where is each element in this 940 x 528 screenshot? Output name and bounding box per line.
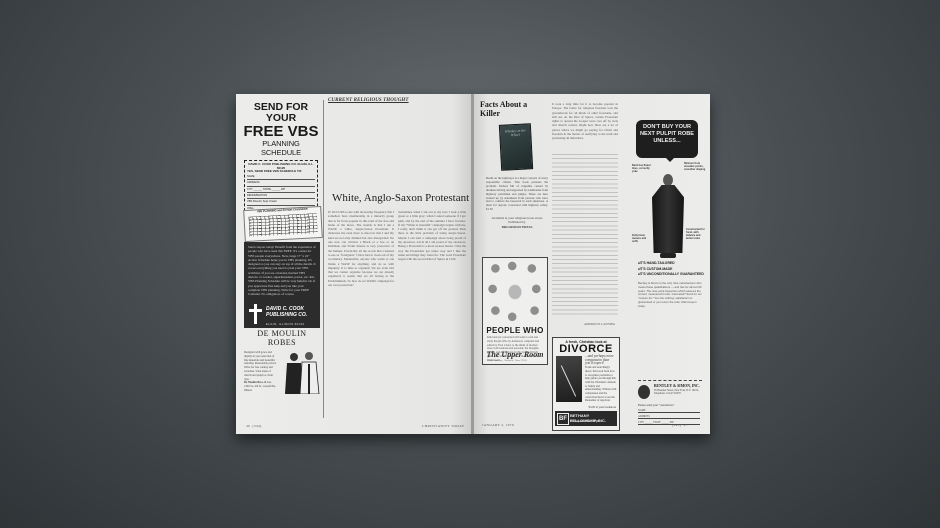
calendar-grid [249, 213, 318, 237]
faces-illustration [487, 261, 543, 323]
left-page: SEND FOR YOUR FREE VBS PLANNING SCHEDULE… [236, 94, 471, 434]
coupon-field: VBS Director Supt. Pastor [247, 200, 315, 205]
moulin-title-2: ROBES [244, 339, 320, 348]
robe-callout: Constructed for fresh, with balance and … [686, 228, 706, 240]
book-title: Whiskey at the Wheel [500, 124, 531, 138]
right-page: Facts About a Killer Whiskey at the Whee… [474, 94, 710, 434]
facts-title: Facts About a Killer [480, 100, 542, 118]
bethany-city: Minneapolis, Minn. 55431 [570, 420, 600, 423]
moulin-ad: DE MOULIN ROBES Designed with grace and … [244, 330, 320, 418]
robed-man-illustration [650, 174, 686, 258]
order-field: CITY ______ STATE ______ ZIP [638, 421, 700, 425]
coupon-prompt: YES, SEND FREE VBS SCHEDULE TO: [247, 170, 315, 174]
cook-ad-body: Send coupon today! Benefit from the expe… [244, 242, 320, 300]
cross-icon [249, 304, 262, 324]
robe-callout: Slimmer from shoulder points, smoother d… [684, 162, 706, 171]
footer-date: JANUARY 2, 1970 [482, 423, 514, 427]
cook-city: ELGIN, ILLINOIS 60120 [266, 322, 304, 326]
robe-firm: BENTLEY & SIMON, INC. [654, 384, 700, 388]
moulin-firm: De Moulin Bros. & Co. [244, 381, 271, 384]
order-field: ADDRESS [638, 415, 700, 419]
bethany-footer: BF BETHANY FELLOWSHIP, INC. Minneapolis,… [555, 411, 617, 426]
robe-request: Please send your "custom kit." [638, 403, 675, 407]
vbs-headline-3: PLANNING SCHEDULE [242, 139, 320, 157]
column-rule [323, 100, 324, 418]
robe-order-coupon: BENTLEY & SIMON, INC. 65 Bleecker Street… [638, 380, 702, 384]
coupon-field: DENOMINATION [247, 194, 315, 199]
robed-figures-illustration [282, 350, 320, 394]
upper-room-address: 1908 Grand Ave., Nashville, Tenn. 37203 [487, 359, 527, 362]
robe-address: 65 Bleecker Street, New York, N.Y. 10012… [654, 389, 700, 396]
divorce-price: $3.95 at your bookstore [556, 405, 616, 409]
coupon-field: ADDRESS [247, 181, 315, 186]
page-number-left: 46 [344] [246, 424, 262, 428]
coupon-field: NAME [247, 175, 315, 180]
robe-bullets: IT'S HAND-TAILORED IT'S CUSTOM-MADE IT'S… [638, 261, 704, 278]
people-title: PEOPLE WHO [483, 326, 547, 335]
cook-publisher: DAVID C. COOK PUBLISHING CO. [266, 306, 320, 318]
facts-price: $1.50 [486, 207, 493, 211]
article-author: AMMON H. LANSING [584, 322, 615, 326]
robe-callout: Fully lined, sleeves and cuffs [632, 234, 650, 243]
facts-desc: Death on the highways is a major concern… [486, 177, 548, 212]
moulin-desc: Designed with grace and dignity in your … [244, 351, 278, 393]
pulpit-robe-ad: DON'T BUY YOUR NEXT PULPIT ROBE UNLESS..… [630, 106, 708, 431]
facts-publisher: BROADMAN PRESS [486, 225, 548, 229]
vbs-headline-2: FREE VBS [242, 124, 320, 139]
people-who-ad: PEOPLE WHO Kind and yet concerned will w… [482, 257, 548, 365]
divorce-ad: A fresh, Christian look at DIVORCE ...an… [552, 337, 620, 431]
upper-room-logo: The Upper Room [483, 350, 547, 359]
vbs-headline-1: SEND FOR YOUR [242, 102, 320, 124]
moulin-address: 1206 So. 4th St., Greenville, Illinois [244, 385, 276, 392]
divorce-desc: ...and perhaps more compassion than you'… [585, 355, 617, 403]
divorce-book-cover [556, 356, 582, 402]
article-column-2: Sometimes when I am out at my best I loo… [398, 210, 466, 416]
facts-ad: Facts About a Killer [480, 100, 542, 118]
article-headline: White, Anglo-Saxon Protestant [332, 192, 469, 204]
book-cover-image: Whiskey at the Wheel [499, 123, 533, 171]
bentley-seal-icon [638, 385, 650, 399]
facts-publisher-block: Available at your religious book stores … [486, 216, 548, 229]
article-text-lines [552, 154, 618, 318]
cook-ad: Send coupon today! Benefit from the expe… [244, 242, 320, 328]
page-number-right: [345] 47 [672, 423, 688, 427]
section-label: CURRENT RELIGIOUS THOUGHT [328, 98, 409, 103]
article-column-1: IT OCCURS to me with increasing frequenc… [328, 210, 394, 416]
bethany-logo-icon: BF [557, 413, 569, 425]
vbs-calendar-image: VBS PLANNING and ACTION CALENDAR [243, 206, 323, 242]
robe-body: Bentley & Simon is the only robe manufac… [638, 282, 702, 309]
order-field: NAME [638, 409, 700, 413]
magazine-spread: SEND FOR YOUR FREE VBS PLANNING SCHEDULE… [236, 94, 710, 434]
robe-callout: Back has fluted lines, correctly yoke [632, 164, 652, 173]
robe-speech-bubble: DON'T BUY YOUR NEXT PULPIT ROBE UNLESS..… [636, 120, 698, 158]
footer-magazine-name: CHRISTIANITY TODAY [422, 424, 464, 428]
coupon-field: CITY ______ STATE ______ ZIP [247, 188, 315, 193]
